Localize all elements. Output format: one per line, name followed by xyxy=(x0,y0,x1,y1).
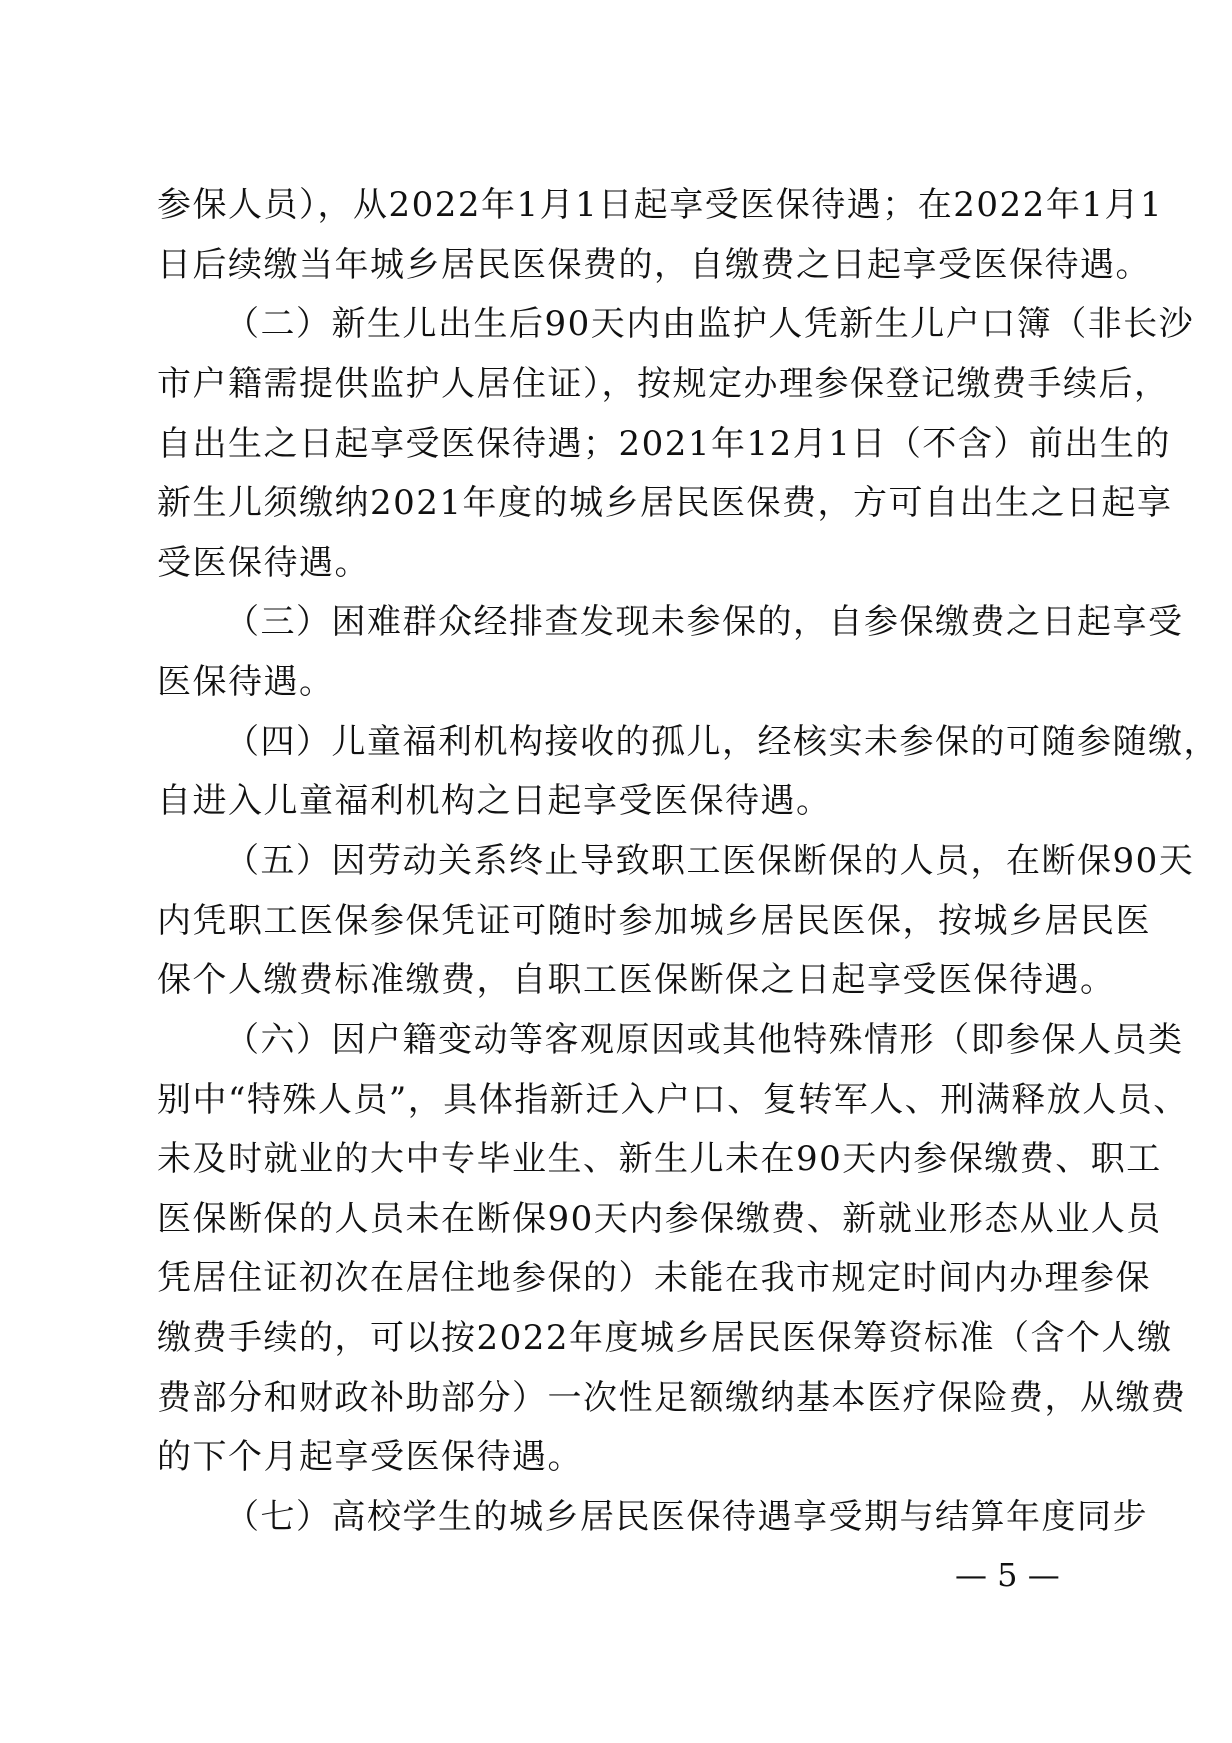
text-line: （二）新生儿出生后90天内由监护人凭新生儿户口簿（非长沙 xyxy=(225,295,1087,353)
text-line: 缴费手续的，可以按2022年度城乡居民医保筹资标准（含个人缴 xyxy=(157,1309,1087,1367)
page-number: — 5 — xyxy=(955,1555,1060,1595)
text-line: 的下个月起享受医保待遇。 xyxy=(157,1428,1087,1486)
text-line: 内凭职工医保参保凭证可随时参加城乡居民医保，按城乡居民医 xyxy=(157,892,1087,950)
text-line: 医保断保的人员未在断保90天内参保缴费、新就业形态从业人员 xyxy=(157,1190,1087,1248)
text-line: 凭居住证初次在居住地参保的）未能在我市规定时间内办理参保 xyxy=(157,1249,1087,1307)
text-line: 参保人员），从2022年1月1日起享受医保待遇；在2022年1月1 xyxy=(157,176,1087,234)
text-line: 医保待遇。 xyxy=(157,653,1087,711)
text-line: （三）困难群众经排查发现未参保的，自参保缴费之日起享受 xyxy=(225,593,1087,651)
text-line: 日后续缴当年城乡居民医保费的，自缴费之日起享受医保待遇。 xyxy=(157,236,1087,294)
document-page: 参保人员），从2022年1月1日起享受医保待遇；在2022年1月1日后续缴当年城… xyxy=(0,0,1232,1743)
text-line: （六）因户籍变动等客观原因或其他特殊情形（即参保人员类 xyxy=(225,1011,1087,1069)
text-line: 保个人缴费标准缴费，自职工医保断保之日起享受医保待遇。 xyxy=(157,951,1087,1009)
text-line: （五）因劳动关系终止导致职工医保断保的人员，在断保90天 xyxy=(225,832,1087,890)
text-line: 未及时就业的大中专毕业生、新生儿未在90天内参保缴费、职工 xyxy=(157,1130,1087,1188)
text-line: 新生儿须缴纳2021年度的城乡居民医保费，方可自出生之日起享 xyxy=(157,474,1087,532)
text-line: 别中“特殊人员”，具体指新迁入户口、复转军人、刑满释放人员、 xyxy=(157,1071,1087,1129)
text-line: 自进入儿童福利机构之日起享受医保待遇。 xyxy=(157,772,1087,830)
text-line: （四）儿童福利机构接收的孤儿，经核实未参保的可随参随缴， xyxy=(225,713,1087,771)
text-line: 市户籍需提供监护人居住证），按规定办理参保登记缴费手续后， xyxy=(157,355,1087,413)
text-line: （七）高校学生的城乡居民医保待遇享受期与结算年度同步 xyxy=(225,1488,1087,1546)
text-line: 费部分和财政补助部分）一次性足额缴纳基本医疗保险费，从缴费 xyxy=(157,1369,1087,1427)
text-line: 自出生之日起享受医保待遇；2021年12月1日（不含）前出生的 xyxy=(157,415,1087,473)
text-line: 受医保待遇。 xyxy=(157,534,1087,592)
